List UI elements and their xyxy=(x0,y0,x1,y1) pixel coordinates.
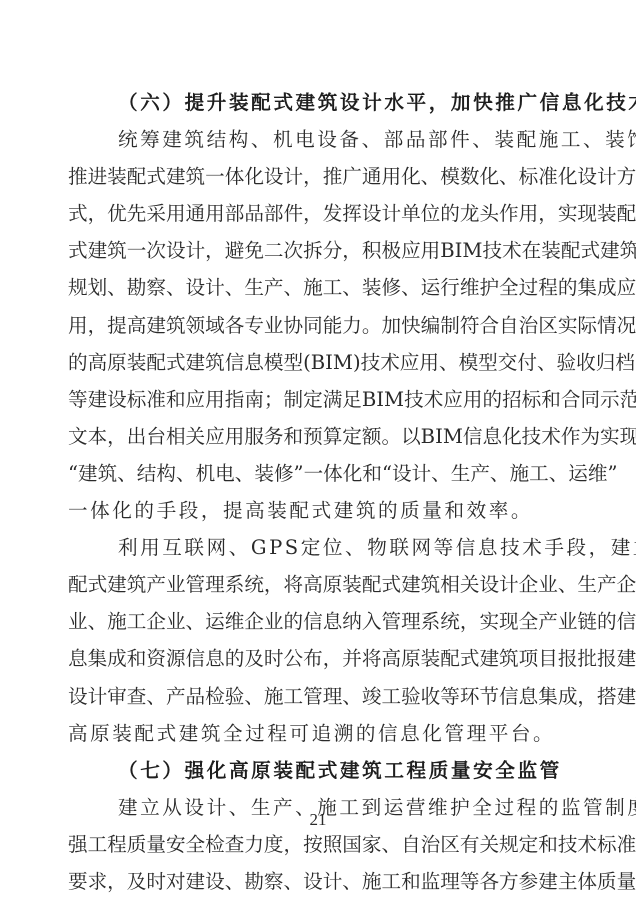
section-heading-6: （六）提升装配式建筑设计水平，加快推广信息化技术应用 xyxy=(68,84,566,121)
paragraph-line: 息集成和资源信息的及时公布，并将高原装配式建筑项目报批报建、 xyxy=(68,640,566,677)
paragraph-line: 强工程质量安全检查力度，按照国家、自治区有关规定和技术标准 xyxy=(68,826,566,863)
paragraph: 利用互联网、GPS定位、物联网等信息技术手段，建立高原装 配式建筑产业管理系统，… xyxy=(68,529,566,752)
paragraph-line: 要求，及时对建设、勘察、设计、施工和监理等各方参建主体质量 xyxy=(68,863,566,900)
paragraph-line: 设计审查、产品检验、施工管理、竣工验收等环节信息集成，搭建 xyxy=(68,678,566,715)
paragraph-line: 等建设标准和应用指南；制定满足BIM技术应用的招标和合同示范 xyxy=(68,381,566,418)
paragraph-line: 一体化的手段，提高装配式建筑的质量和效率。 xyxy=(68,492,566,529)
paragraph-line: “建筑、结构、机电、装修”一体化和“设计、生产、施工、运维” xyxy=(68,455,566,492)
paragraph-line: 规划、勘察、设计、生产、施工、装修、运行维护全过程的集成应 xyxy=(68,269,566,306)
paragraph-line: 高原装配式建筑全过程可追溯的信息化管理平台。 xyxy=(68,715,566,752)
paragraph-line: 用，提高建筑领域各专业协同能力。加快编制符合自治区实际情况 xyxy=(68,307,566,344)
paragraph: 统筹建筑结构、机电设备、部品部件、装配施工、装饰装修， 推进装配式建筑一体化设计… xyxy=(68,121,566,529)
paragraph-line: 式，优先采用通用部品部件，发挥设计单位的龙头作用，实现装配 xyxy=(68,195,566,232)
paragraph-line: 配式建筑产业管理系统，将高原装配式建筑相关设计企业、生产企 xyxy=(68,566,566,603)
paragraph-line: 利用互联网、GPS定位、物联网等信息技术手段，建立高原装 xyxy=(68,529,566,566)
paragraph-line: 业、施工企业、运维企业的信息纳入管理系统，实现全产业链的信 xyxy=(68,603,566,640)
document-page: （六）提升装配式建筑设计水平，加快推广信息化技术应用 统筹建筑结构、机电设备、部… xyxy=(68,84,566,900)
paragraph-line: 统筹建筑结构、机电设备、部品部件、装配施工、装饰装修， xyxy=(68,121,566,158)
paragraph-line: 的高原装配式建筑信息模型(BIM)技术应用、模型交付、验收归档 xyxy=(68,344,566,381)
paragraph-line: 式建筑一次设计，避免二次拆分，积极应用BIM技术在装配式建筑 xyxy=(68,232,566,269)
page-number: 21 xyxy=(0,810,636,830)
section-heading-7: （七）强化高原装配式建筑工程质量安全监管 xyxy=(68,752,566,789)
paragraph-line: 文本，出台相关应用服务和预算定额。以BIM信息化技术作为实现 xyxy=(68,418,566,455)
paragraph-line: 推进装配式建筑一体化设计，推广通用化、模数化、标准化设计方 xyxy=(68,158,566,195)
paragraph: 建立从设计、生产、施工到运营维护全过程的监管制度，并加 强工程质量安全检查力度，… xyxy=(68,789,566,900)
